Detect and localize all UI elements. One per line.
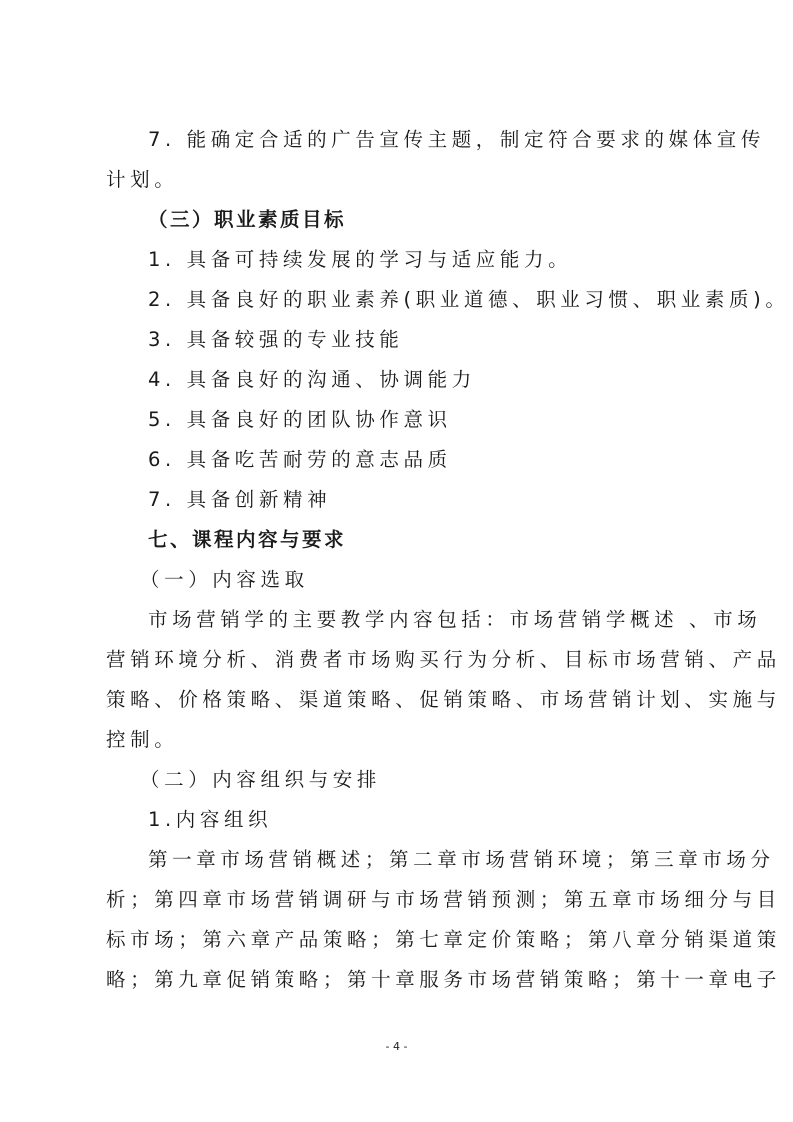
text-line: 5. 具备良好的团队协作意识 xyxy=(148,408,452,432)
text-line: 6. 具备吃苦耐劳的意志品质 xyxy=(148,448,452,472)
text-line: 第一章市场营销概述；第二章市场营销环境；第三章市场分 xyxy=(148,848,775,872)
text-line: 2. 具备良好的职业素养(职业道德、职业习惯、职业素质)。 xyxy=(148,288,789,312)
text-line: 3. 具备较强的专业技能 xyxy=(148,328,404,352)
section-heading: 七、课程内容与要求 xyxy=(148,528,346,552)
text-line: 析；第四章市场营销调研与市场营销预测；第五章市场细分与目 xyxy=(106,888,781,912)
text-line: 1. 具备可持续发展的学习与适应能力。 xyxy=(148,248,572,272)
text-line: 略；第九章促销策略；第十章服务市场营销策略；第十一章电子 xyxy=(106,968,781,992)
document-page: - 4 - 7. 能确定合适的广告宣传主题，制定符合要求的媒体宣传计划。（三）职… xyxy=(0,0,793,1122)
text-line: 控制。 xyxy=(106,728,178,752)
text-line: 7. 能确定合适的广告宣传主题，制定符合要求的媒体宣传 xyxy=(148,128,765,152)
text-line: 计划。 xyxy=(106,168,178,192)
page-number: - 4 - xyxy=(0,1040,793,1053)
text-line: （二）内容组织与安排 xyxy=(140,768,381,792)
section-heading: （三）职业素质目标 xyxy=(148,208,346,232)
text-line: 策略、价格策略、渠道策略、促销策略、市场营销计划、实施与 xyxy=(106,688,781,712)
text-line: 市场营销学的主要教学内容包括：市场营销学概述 、市场 xyxy=(148,608,761,632)
text-line: 1.内容组织 xyxy=(148,808,272,832)
text-line: 4. 具备良好的沟通、协调能力 xyxy=(148,368,476,392)
text-line: 7. 具备创新精神 xyxy=(148,488,331,512)
text-line: 标市场；第六章产品策略；第七章定价策略；第八章分销渠道策 xyxy=(106,928,781,952)
text-line: 营销环境分析、消费者市场购买行为分析、目标市场营销、产品 xyxy=(106,648,781,672)
text-line: （一）内容选取 xyxy=(140,568,309,592)
